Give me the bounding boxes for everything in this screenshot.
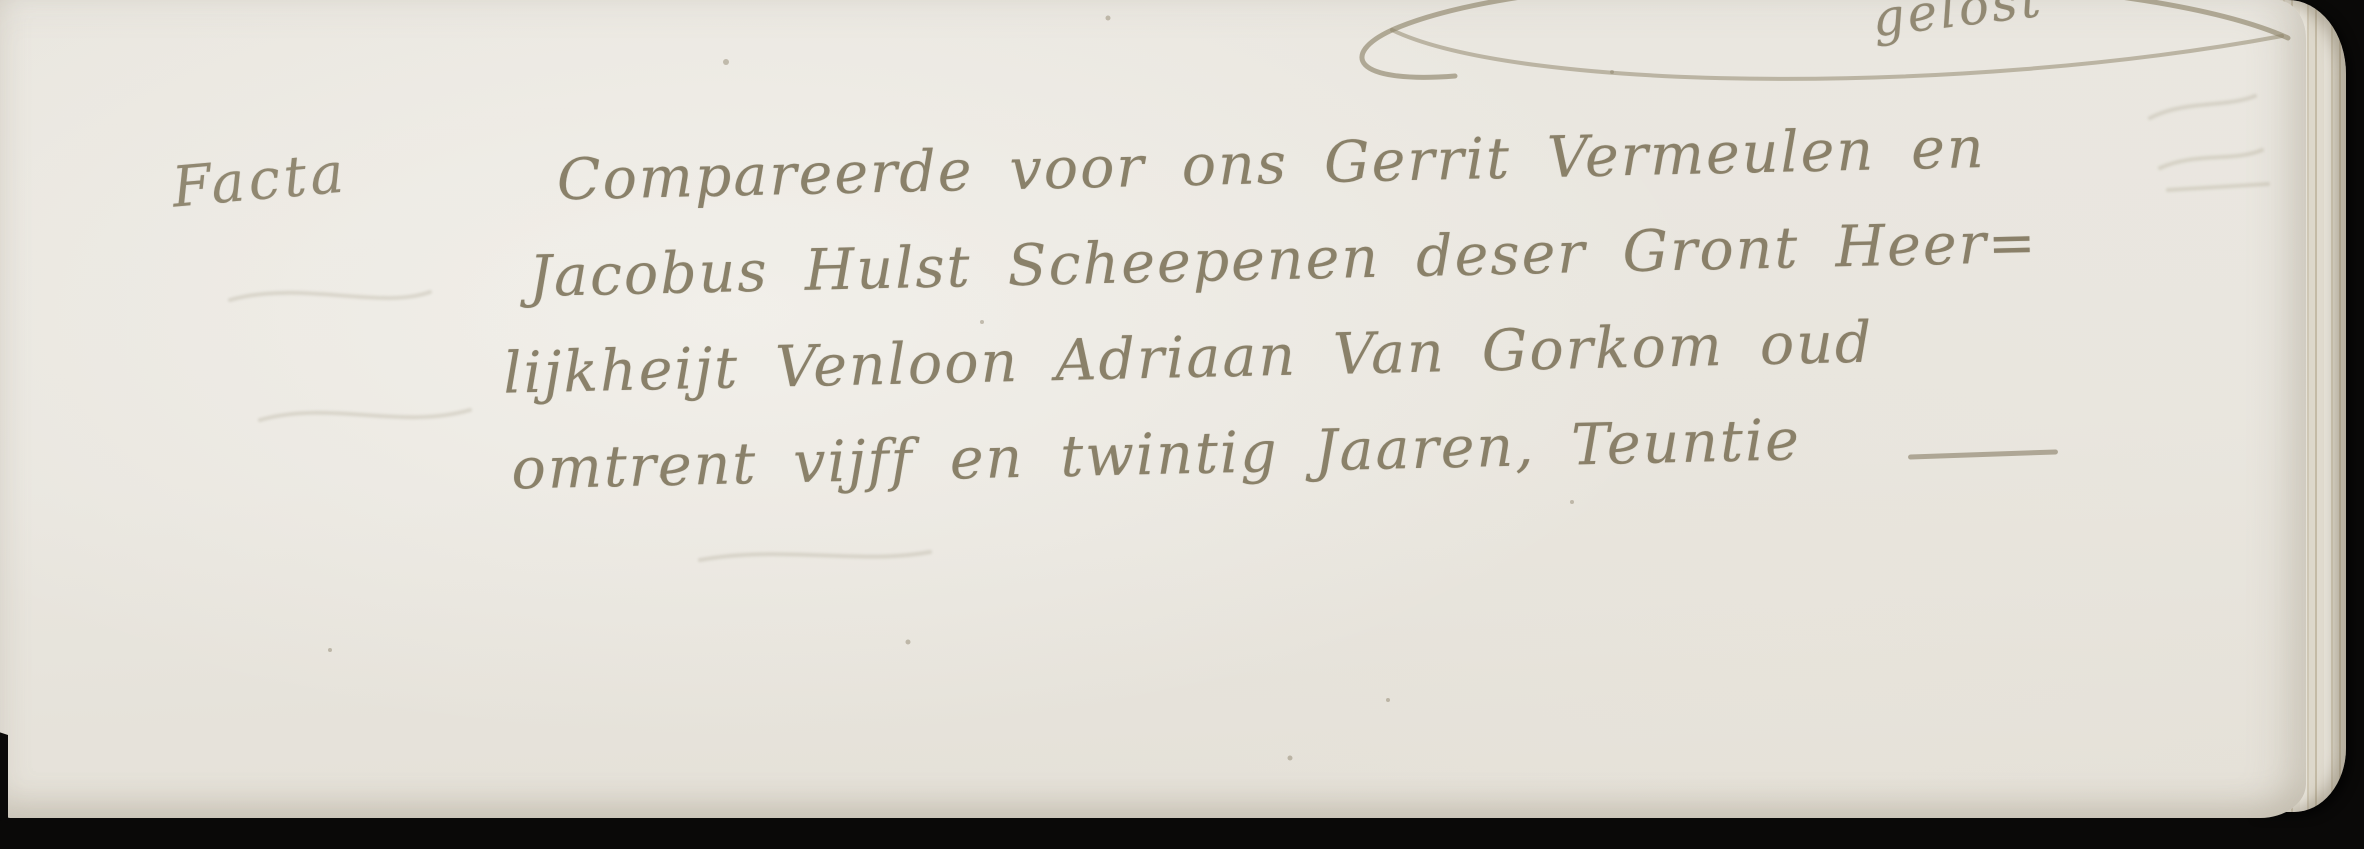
manuscript-text-block: Compareerde voor ons Gerrit Vermeulen en… bbox=[498, 98, 2066, 517]
scanned-manuscript-page: gelost Facta Compareerde voor ons Gerrit… bbox=[0, 0, 2364, 849]
backdrop-sliver bbox=[0, 731, 8, 823]
